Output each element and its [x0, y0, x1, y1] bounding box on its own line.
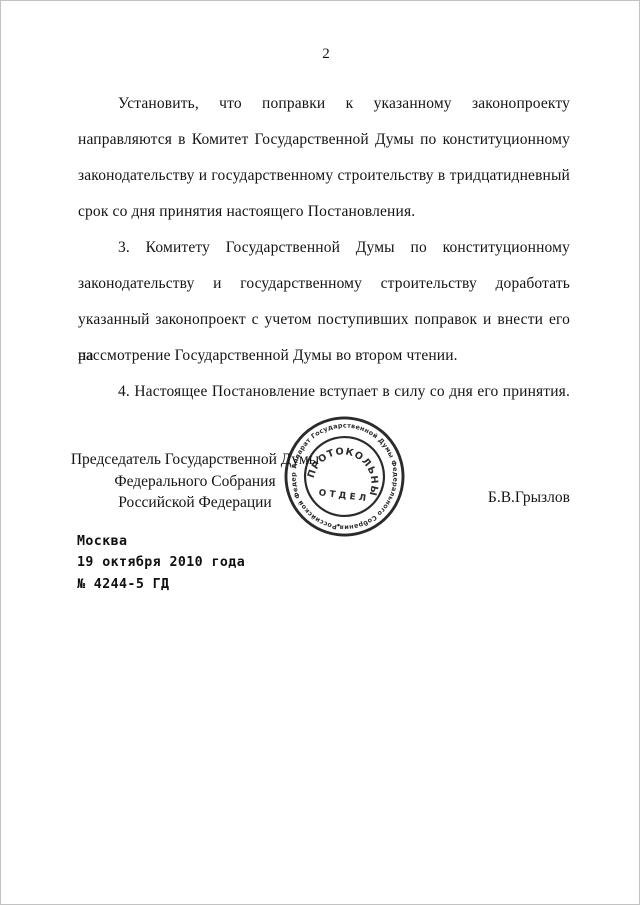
footer-date: 19 октября 2010 года: [77, 552, 245, 573]
body-line: 4. Настоящее Постановление вступает в си…: [78, 374, 570, 410]
body-line: 3. Комитету Государственной Думы по конс…: [78, 230, 570, 266]
signature-name: Б.В.Грызлов: [488, 489, 570, 507]
footer-doc-number: № 4244-5 ГД: [77, 574, 245, 595]
body-line: законодательству и государственному стро…: [78, 158, 570, 194]
body-line: направляются в Комитет Государственной Д…: [78, 122, 570, 158]
footer-city: Москва: [77, 531, 245, 552]
document-body: Установить, что поправки к указанному за…: [78, 86, 570, 410]
stamp-outer-ring: [279, 411, 409, 541]
stamp-otdel-text: ОТДЕЛ: [318, 488, 370, 504]
document-footer: Москва 19 октября 2010 года № 4244-5 ГД: [77, 531, 245, 595]
body-line: законодательству и государственному стро…: [78, 266, 570, 302]
body-line: Установить, что поправки к указанному за…: [78, 86, 570, 122]
page-number: 2: [0, 46, 640, 63]
protocol-department-stamp: Аппарат Государственной Думы Федеральног…: [274, 406, 416, 548]
body-line: указанный законопроект с учетом поступив…: [78, 302, 570, 338]
document-page: 2 Установить, что поправки к указанному …: [0, 0, 640, 905]
stamp-icon: Аппарат Государственной Думы Федеральног…: [274, 406, 416, 548]
body-line: рассмотрение Государственной Думы во вто…: [78, 338, 570, 374]
body-line: срок со дня принятия настоящего Постанов…: [78, 194, 570, 230]
